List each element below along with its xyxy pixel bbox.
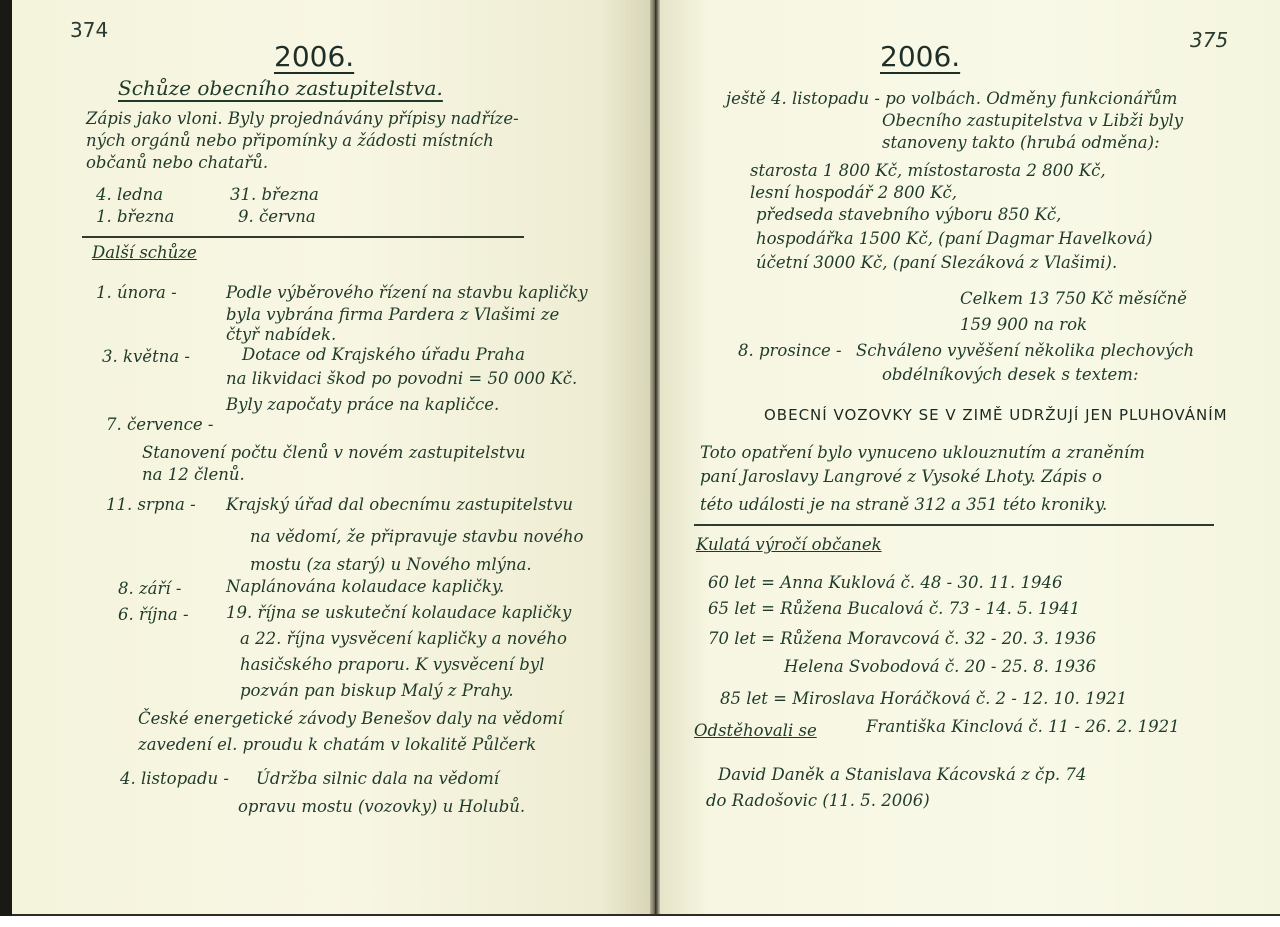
incident-note-line: paní Jaroslavy Langrové z Vysoké Lhoty. … [700, 466, 1102, 488]
remuneration-line: hospodářka 1500 Kč, (paní Dagmar Havelko… [756, 228, 1153, 250]
remuneration-intro-line: Obecního zastupitelstva v Libži byly [882, 110, 1183, 132]
moved-line: David Daněk a Stanislava Kácovská z čp. … [718, 764, 1086, 786]
energy-note-line: zavedení el. proudu k chatám v lokalitě … [138, 734, 536, 756]
entry-line: opravu mostu (vozovky) u Holubů. [238, 796, 525, 818]
meeting-date: 9. června [238, 206, 316, 228]
meeting-date: 4. ledna [96, 184, 163, 206]
meeting-date: 31. března [230, 184, 319, 206]
sign-text: OBECNÍ VOZOVKY SE V ZIMĚ UDRŽUJÍ JEN PLU… [764, 406, 1228, 424]
entry-line: Krajský úřad dal obecnímu zastupitelstvu [226, 494, 573, 516]
entry-date: 11. srpna - [106, 494, 196, 516]
moved-heading: Odstěhovali se [694, 720, 817, 742]
section-title: Schůze obecního zastupitelstva. [118, 76, 443, 100]
subheading: Další schůze [92, 242, 197, 264]
anniversary-row: 85 let = Miroslava Horáčková č. 2 - 12. … [720, 688, 1127, 710]
meeting-date: 1. března [96, 206, 174, 228]
incident-note-line: této události je na straně 312 a 351 tét… [700, 494, 1107, 516]
entry-line: hasičského praporu. K vysvěcení byl [240, 654, 544, 676]
book-bottom-edge [12, 914, 1280, 916]
entry-line: byla vybrána firma Pardera z Vlašimi ze [226, 304, 559, 326]
entry-line: na likvidaci škod po povodni = 50 000 Kč… [226, 368, 577, 390]
remuneration-intro-line: stanoveny takto (hrubá odměna): [882, 132, 1160, 154]
right-page: 375 2006. ještě 4. listopadu - po volbác… [660, 0, 1280, 914]
anniversary-row: 70 let = Růžena Moravcová č. 32 - 20. 3.… [708, 628, 1096, 650]
entry-line: čtyř nabídek. [226, 324, 336, 346]
entry-date: 4. listopadu - [120, 768, 229, 790]
entry-date: 6. října - [118, 604, 189, 626]
moved-line: do Radošovic (11. 5. 2006) [706, 790, 930, 812]
intro-line: občanů nebo chatařů. [86, 152, 268, 174]
page-year: 2006. [880, 40, 960, 73]
entry-line: na vědomí, že připravuje stavbu nového [250, 526, 583, 548]
entry-date: 1. února - [96, 282, 177, 304]
entry-line: pozván pan biskup Malý z Prahy. [240, 680, 514, 702]
total-monthly: Celkem 13 750 Kč měsíčně [960, 288, 1187, 310]
page-year: 2006. [274, 40, 354, 73]
entry-line: mostu (za starý) u Nového mlýna. [250, 554, 532, 576]
remuneration-line: předseda stavebního výboru 850 Kč, [756, 204, 1061, 226]
energy-note-line: České energetické závody Benešov daly na… [138, 708, 563, 730]
entry-line: Stanovení počtu členů v novém zastupitel… [142, 442, 526, 464]
entry-line: a 22. října vysvěcení kapličky a nového [240, 628, 567, 650]
open-book: 374 2006. Schůze obecního zastupitelstva… [0, 0, 1280, 916]
entry-line: na 12 členů. [142, 464, 245, 486]
remuneration-line: starosta 1 800 Kč, místostarosta 2 800 K… [750, 160, 1106, 182]
page-number: 375 [1190, 28, 1228, 52]
remuneration-line: účetní 3000 Kč, (paní Slezáková z Vlašim… [756, 252, 1117, 274]
entry-date: 8. září - [118, 578, 182, 600]
entry-line: Naplánována kolaudace kapličky. [226, 576, 504, 598]
anniversary-row: 60 let = Anna Kuklová č. 48 - 30. 11. 19… [708, 572, 1062, 594]
intro-line: ných orgánů nebo připomínky a žádosti mí… [86, 130, 494, 152]
entry-line: Schváleno vyvěšení několika plechových [856, 340, 1194, 362]
total-yearly: 159 900 na rok [960, 314, 1087, 336]
anniversaries-heading: Kulatá výročí občanek [696, 534, 882, 556]
entry-line: Podle výběrového řízení na stavbu kaplič… [226, 282, 588, 304]
entry-line: 19. října se uskuteční kolaudace kapličk… [226, 602, 571, 624]
remuneration-line: lesní hospodář 2 800 Kč, [750, 182, 957, 204]
entry-date: 7. července - [106, 414, 213, 436]
entry-line: Dotace od Krajského úřadu Praha [242, 344, 525, 366]
entry-line: Byly započaty práce na kapličce. [226, 394, 499, 416]
intro-line: Zápis jako vloni. Byly projednávány příp… [86, 108, 519, 130]
entry-line: obdélníkových desek s textem: [882, 364, 1139, 386]
page-number: 374 [70, 18, 108, 42]
book-gutter [650, 0, 660, 916]
book-cover-edge [0, 0, 12, 916]
entry-date: 8. prosince - [738, 340, 842, 362]
anniversary-row: Františka Kinclová č. 11 - 26. 2. 1921 [866, 716, 1180, 738]
anniversary-row: 65 let = Růžena Bucalová č. 73 - 14. 5. … [708, 598, 1080, 620]
remuneration-intro-line: ještě 4. listopadu - po volbách. Odměny … [726, 88, 1177, 110]
left-page: 374 2006. Schůze obecního zastupitelstva… [12, 0, 650, 914]
incident-note-line: Toto opatření bylo vynuceno uklouznutím … [700, 442, 1145, 464]
entry-date: 3. května - [102, 346, 190, 368]
divider [82, 236, 524, 238]
divider [694, 524, 1214, 526]
entry-line: Údržba silnic dala na vědomí [256, 768, 499, 790]
anniversary-row: Helena Svobodová č. 20 - 25. 8. 1936 [784, 656, 1096, 678]
